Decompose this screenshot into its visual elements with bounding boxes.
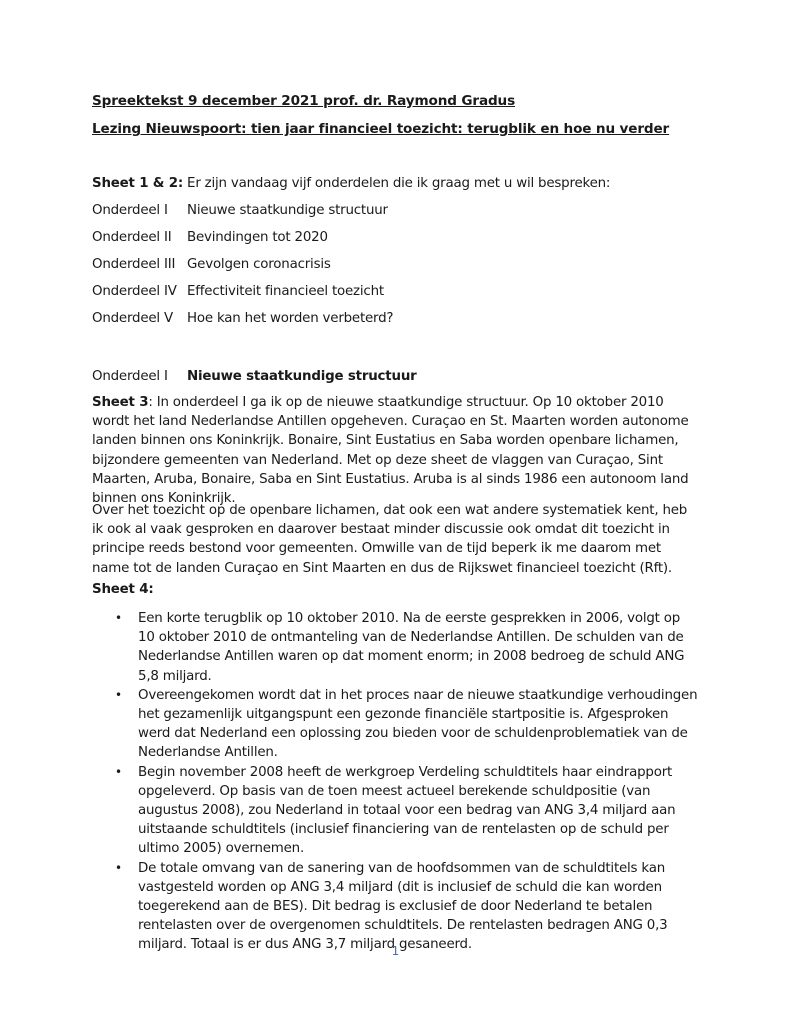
paragraph-line: Over het toezicht op de openbare lichame… — [92, 501, 752, 520]
oversight-paragraph: Over het toezicht op de openbare lichame… — [92, 501, 752, 578]
paragraph-line: principe reeds bestond voor gemeenten. O… — [92, 539, 752, 558]
part-item: Onderdeel INieuwe staatkundige structuur — [92, 203, 388, 218]
bullet-icon: • — [115, 763, 122, 782]
intro-label: Sheet 1 & 2: — [92, 176, 183, 191]
bullet-line: Begin november 2008 heeft de werkgroep V… — [138, 763, 752, 782]
bullet-line: 10 oktober 2010 de ontmanteling van de N… — [138, 628, 752, 647]
sheet3-line: bijzondere gemeenten van Nederland. Met … — [92, 451, 752, 470]
bullet-line: vastgesteld worden op ANG 3,4 miljard (d… — [138, 878, 752, 897]
part-item: Onderdeel IIIGevolgen coronacrisis — [92, 257, 331, 272]
bullet-line: opgeleverd. Op basis van de toen meest a… — [138, 782, 752, 801]
section-title: Nieuwe staatkundige structuur — [187, 369, 417, 384]
part-title: Gevolgen coronacrisis — [187, 257, 331, 272]
bullet-line: Een korte terugblik op 10 oktober 2010. … — [138, 609, 752, 628]
part-label: Onderdeel III — [92, 257, 187, 272]
part-label: Onderdeel II — [92, 230, 187, 245]
sheet3-line: wordt het land Nederlandse Antillen opge… — [92, 412, 752, 431]
sheet3-line: Maarten, Aruba, Bonaire, Saba en Sint Eu… — [92, 470, 752, 489]
bullet-icon: • — [115, 609, 122, 628]
bullet-line: Nederlandse Antillen. — [138, 743, 752, 762]
document-page: Spreektekst 9 december 2021 prof. dr. Ra… — [0, 0, 791, 1024]
sheet4-heading: Sheet 4: — [92, 582, 153, 597]
part-item: Onderdeel IIBevindingen tot 2020 — [92, 230, 328, 245]
bullet-line: rentelasten over de overgenomen schuldti… — [138, 916, 752, 935]
part-title: Hoe kan het worden verbeterd? — [187, 311, 393, 326]
bullet-item: • De totale omvang van de sanering van d… — [92, 859, 752, 955]
sheet3-line: : In onderdeel I ga ik op de nieuwe staa… — [148, 395, 663, 410]
section-label: Onderdeel I — [92, 369, 187, 384]
bullet-line: uitstaande schuldtitels (inclusief finan… — [138, 820, 752, 839]
part-title: Bevindingen tot 2020 — [187, 230, 328, 245]
bullet-line: ultimo 2005) overnemen. — [138, 839, 752, 858]
sheet4-bullet-list: • Een korte terugblik op 10 oktober 2010… — [92, 609, 752, 955]
sheet3-paragraph: Sheet 3: In onderdeel I ga ik op de nieu… — [92, 393, 752, 508]
part-title: Nieuwe staatkundige structuur — [187, 203, 388, 218]
bullet-line: De totale omvang van de sanering van de … — [138, 859, 752, 878]
page-number: 1 — [0, 944, 791, 958]
bullet-item: • Begin november 2008 heeft de werkgroep… — [92, 763, 752, 859]
bullet-item: • Overeengekomen wordt dat in het proces… — [92, 686, 752, 763]
bullet-line: 5,8 miljard. — [138, 667, 752, 686]
part-item: Onderdeel IVEffectiviteit financieel toe… — [92, 284, 384, 299]
intro-text: Er zijn vandaag vijf onderdelen die ik g… — [183, 176, 610, 191]
part-title: Effectiviteit financieel toezicht — [187, 284, 384, 299]
bullet-line: augustus 2008), zou Nederland in totaal … — [138, 801, 752, 820]
bullet-icon: • — [115, 859, 122, 878]
section-heading: Onderdeel INieuwe staatkundige structuur — [92, 369, 417, 384]
document-subtitle: Lezing Nieuwspoort: tien jaar financieel… — [92, 121, 669, 137]
bullet-line: toegerekend aan de BES). Dit bedrag is e… — [138, 897, 752, 916]
bullet-line: Nederlandse Antillen waren op dat moment… — [138, 647, 752, 666]
document-title: Spreektekst 9 december 2021 prof. dr. Ra… — [92, 93, 515, 109]
part-label: Onderdeel IV — [92, 284, 187, 299]
bullet-icon: • — [115, 686, 122, 705]
sheet3-line: landen binnen ons Koninkrijk. Bonaire, S… — [92, 431, 752, 450]
bullet-line: Overeengekomen wordt dat in het proces n… — [138, 686, 752, 705]
paragraph-line: name tot de landen Curaçao en Sint Maart… — [92, 559, 752, 578]
part-label: Onderdeel I — [92, 203, 187, 218]
bullet-line: werd dat Nederland een oplossing zou bie… — [138, 724, 752, 743]
bullet-item: • Een korte terugblik op 10 oktober 2010… — [92, 609, 752, 686]
intro-line: Sheet 1 & 2: Er zijn vandaag vijf onderd… — [92, 176, 610, 191]
sheet3-label: Sheet 3 — [92, 395, 148, 410]
part-label: Onderdeel V — [92, 311, 187, 326]
paragraph-line: ik ook al vaak gesproken en daarover bes… — [92, 520, 752, 539]
bullet-line: het gezamenlijk uitgangspunt een gezonde… — [138, 705, 752, 724]
part-item: Onderdeel VHoe kan het worden verbeterd? — [92, 311, 393, 326]
